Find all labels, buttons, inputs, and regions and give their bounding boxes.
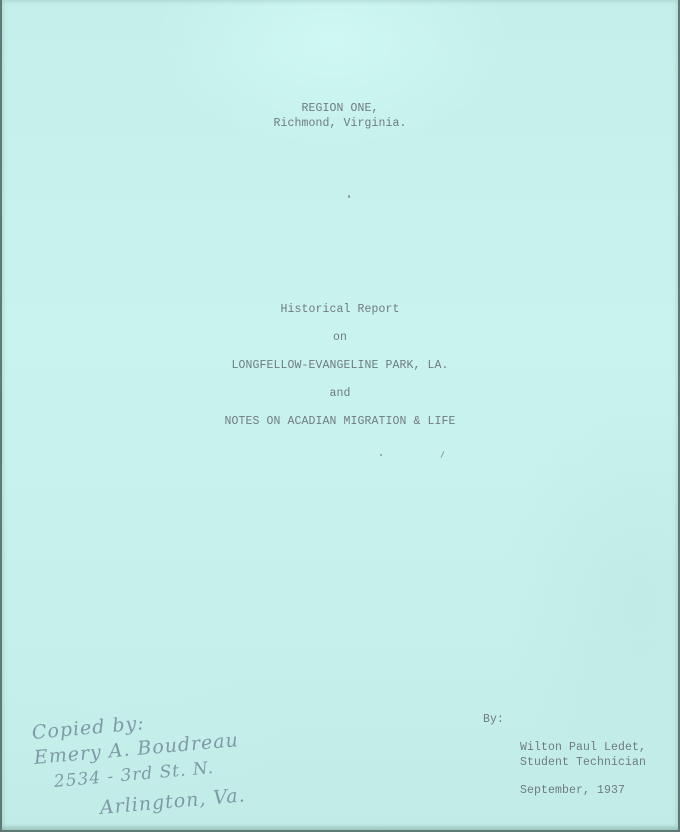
report-subtitle: NOTES ON ACADIAN MIGRATION & LIFE <box>2 414 678 429</box>
header-region: REGION ONE, <box>2 101 678 116</box>
report-connector-on: on <box>2 330 678 345</box>
by-label: By: <box>483 712 504 727</box>
author-role: Student Technician <box>520 755 646 770</box>
paper-mark <box>441 451 445 458</box>
report-title: Historical Report <box>2 302 678 317</box>
report-connector-and: and <box>2 386 678 401</box>
scanned-title-page: REGION ONE, Richmond, Virginia. Historic… <box>2 0 678 830</box>
paper-speck <box>348 195 350 198</box>
handwritten-city: Arlington, Va. <box>99 784 246 819</box>
report-subject: LONGFELLOW-EVANGELINE PARK, LA. <box>2 358 678 373</box>
author-name: Wilton Paul Ledet, <box>520 740 646 755</box>
paper-speck <box>380 454 382 456</box>
header-location: Richmond, Virginia. <box>2 116 678 131</box>
report-date: September, 1937 <box>520 783 625 798</box>
